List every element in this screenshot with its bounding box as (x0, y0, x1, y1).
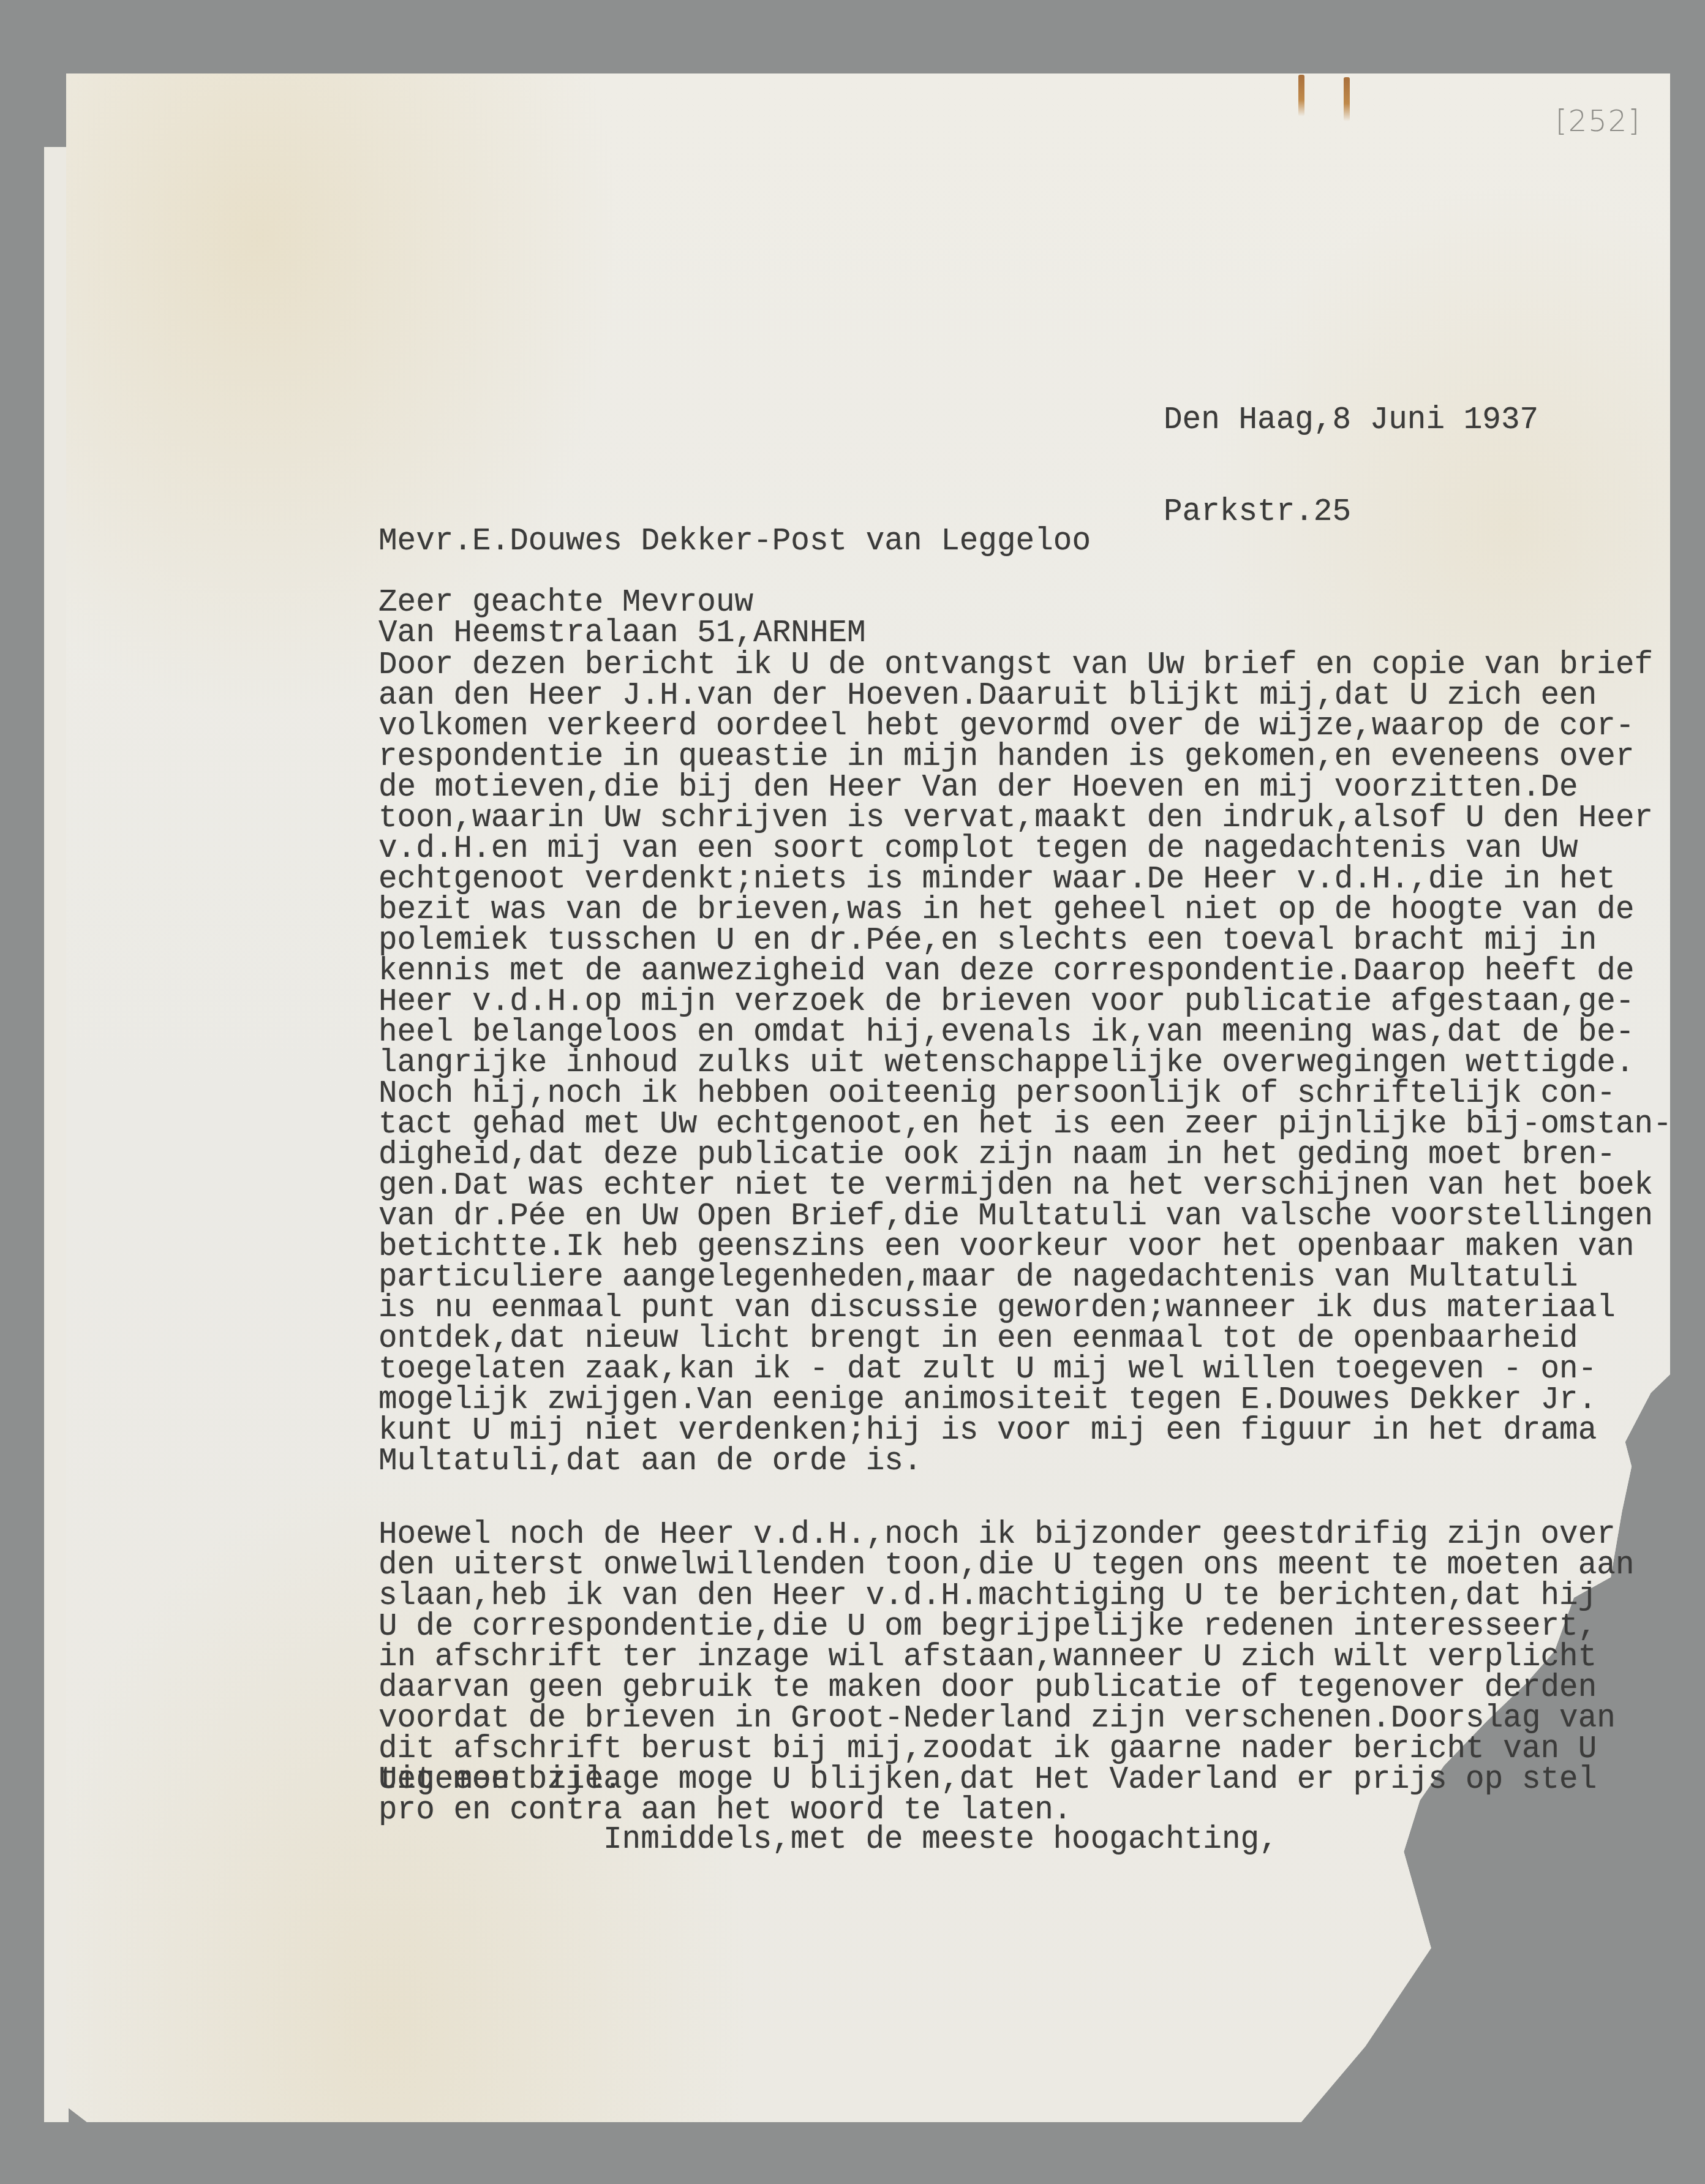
place-date: Den Haag,8 Juni 1937 (1164, 405, 1538, 436)
text-line: tact gehad met Uw echtgenoot,en het is e… (378, 1110, 1672, 1140)
text-line: voordat de brieven in Groot-Nederland zi… (378, 1704, 1635, 1734)
text-line: Noch hij,noch ik hebben ooiteenig persoo… (378, 1079, 1672, 1110)
text-line: Heer v.d.H.op mijn verzoek de brieven vo… (378, 987, 1672, 1018)
text-line: particuliere aangelegenheden,maar de nag… (378, 1263, 1672, 1293)
text-line: dit afschrift berust bij mij,zoodat ik g… (378, 1734, 1635, 1765)
paragraph-2: Hoewel noch de Heer v.d.H.,noch ik bijzo… (378, 1520, 1635, 1796)
text-line: ontdek,dat nieuw licht brengt in een een… (378, 1324, 1672, 1355)
recipient-name: Mevr.E.Douwes Dekker-Post van Leggeloo (378, 527, 1091, 557)
text-line: daarvan geen gebruik te maken door publi… (378, 1673, 1635, 1704)
paper-left-edge (44, 147, 69, 2122)
text-line: U de correspondentie,die U om begrijpeli… (378, 1612, 1635, 1643)
text-line: Multatuli,dat aan de orde is. (378, 1447, 1672, 1477)
text-line: toegelaten zaak,kan ik - dat zult U mij … (378, 1355, 1672, 1385)
paragraph-3: Uit een bijlage moge U blijken,dat Het V… (378, 1765, 1597, 1826)
text-line: toon,waarin Uw schrijven is vervat,maakt… (378, 804, 1672, 834)
archive-number: [252] (1556, 104, 1641, 138)
text-line: kunt U mij niet verdenken;hij is voor mi… (378, 1416, 1672, 1447)
text-line: den uiterst onwelwillenden toon,die U te… (378, 1551, 1635, 1581)
text-line: is nu eenmaal punt van discussie geworde… (378, 1293, 1672, 1324)
text-line: mogelijk zwijgen.Van eenige animositeit … (378, 1385, 1672, 1416)
text-line: slaan,heb ik van den Heer v.d.H.machtigi… (378, 1581, 1635, 1612)
text-line: van dr.Pée en Uw Open Brief,die Multatul… (378, 1202, 1672, 1232)
text-line: heel belangeloos en omdat hij,evenals ik… (378, 1018, 1672, 1049)
text-line: de motieven,die bij den Heer Van der Hoe… (378, 773, 1672, 804)
text-line: polemiek tusschen U en dr.Pée,en slechts… (378, 926, 1672, 957)
text-line: pro en contra aan het woord te laten. (378, 1796, 1597, 1826)
closing: Inmiddels,met de meeste hoogachting, (603, 1825, 1278, 1856)
text-line: aan den Heer J.H.van der Hoeven.Daaruit … (378, 681, 1672, 712)
text-line: in afschrift ter inzage wil afstaan,wann… (378, 1643, 1635, 1673)
text-line: langrijke inhoud zulks uit wetenschappel… (378, 1049, 1672, 1079)
text-line: betichtte.Ik heb geenszins een voorkeur … (378, 1232, 1672, 1263)
text-line: Uit een bijlage moge U blijken,dat Het V… (378, 1765, 1597, 1796)
sender-address: Parkstr.25 (1164, 497, 1538, 528)
text-line: gen.Dat was echter niet te vermijden na … (378, 1171, 1672, 1202)
text-line: echtgenoot verdenkt;niets is minder waar… (378, 865, 1672, 895)
text-line: Door dezen bericht ik U de ontvangst van… (378, 650, 1672, 681)
text-line: respondentie in queastie in mijn handen … (378, 742, 1672, 773)
text-line: volkomen verkeerd oordeel hebt gevormd o… (378, 712, 1672, 742)
text-line: digheid,dat deze publicatie ook zijn naa… (378, 1140, 1672, 1171)
text-line: kennis met de aanwezigheid van deze corr… (378, 957, 1672, 987)
sender-block: Den Haag,8 Juni 1937 Parkstr.25 (1164, 344, 1538, 559)
paragraph-1: Door dezen bericht ik U de ontvangst van… (378, 650, 1672, 1477)
staple-rust-mark (1344, 77, 1350, 121)
recipient-address: Van Heemstralaan 51,ARNHEM (378, 619, 1091, 649)
text-line: Hoewel noch de Heer v.d.H.,noch ik bijzo… (378, 1520, 1635, 1551)
text-line: bezit was van de brieven,was in het gehe… (378, 895, 1672, 926)
staple-rust-mark (1298, 75, 1304, 116)
salutation: Zeer geachte Mevrouw (378, 588, 753, 619)
text-line: v.d.H.en mij van een soort complot tegen… (378, 834, 1672, 865)
